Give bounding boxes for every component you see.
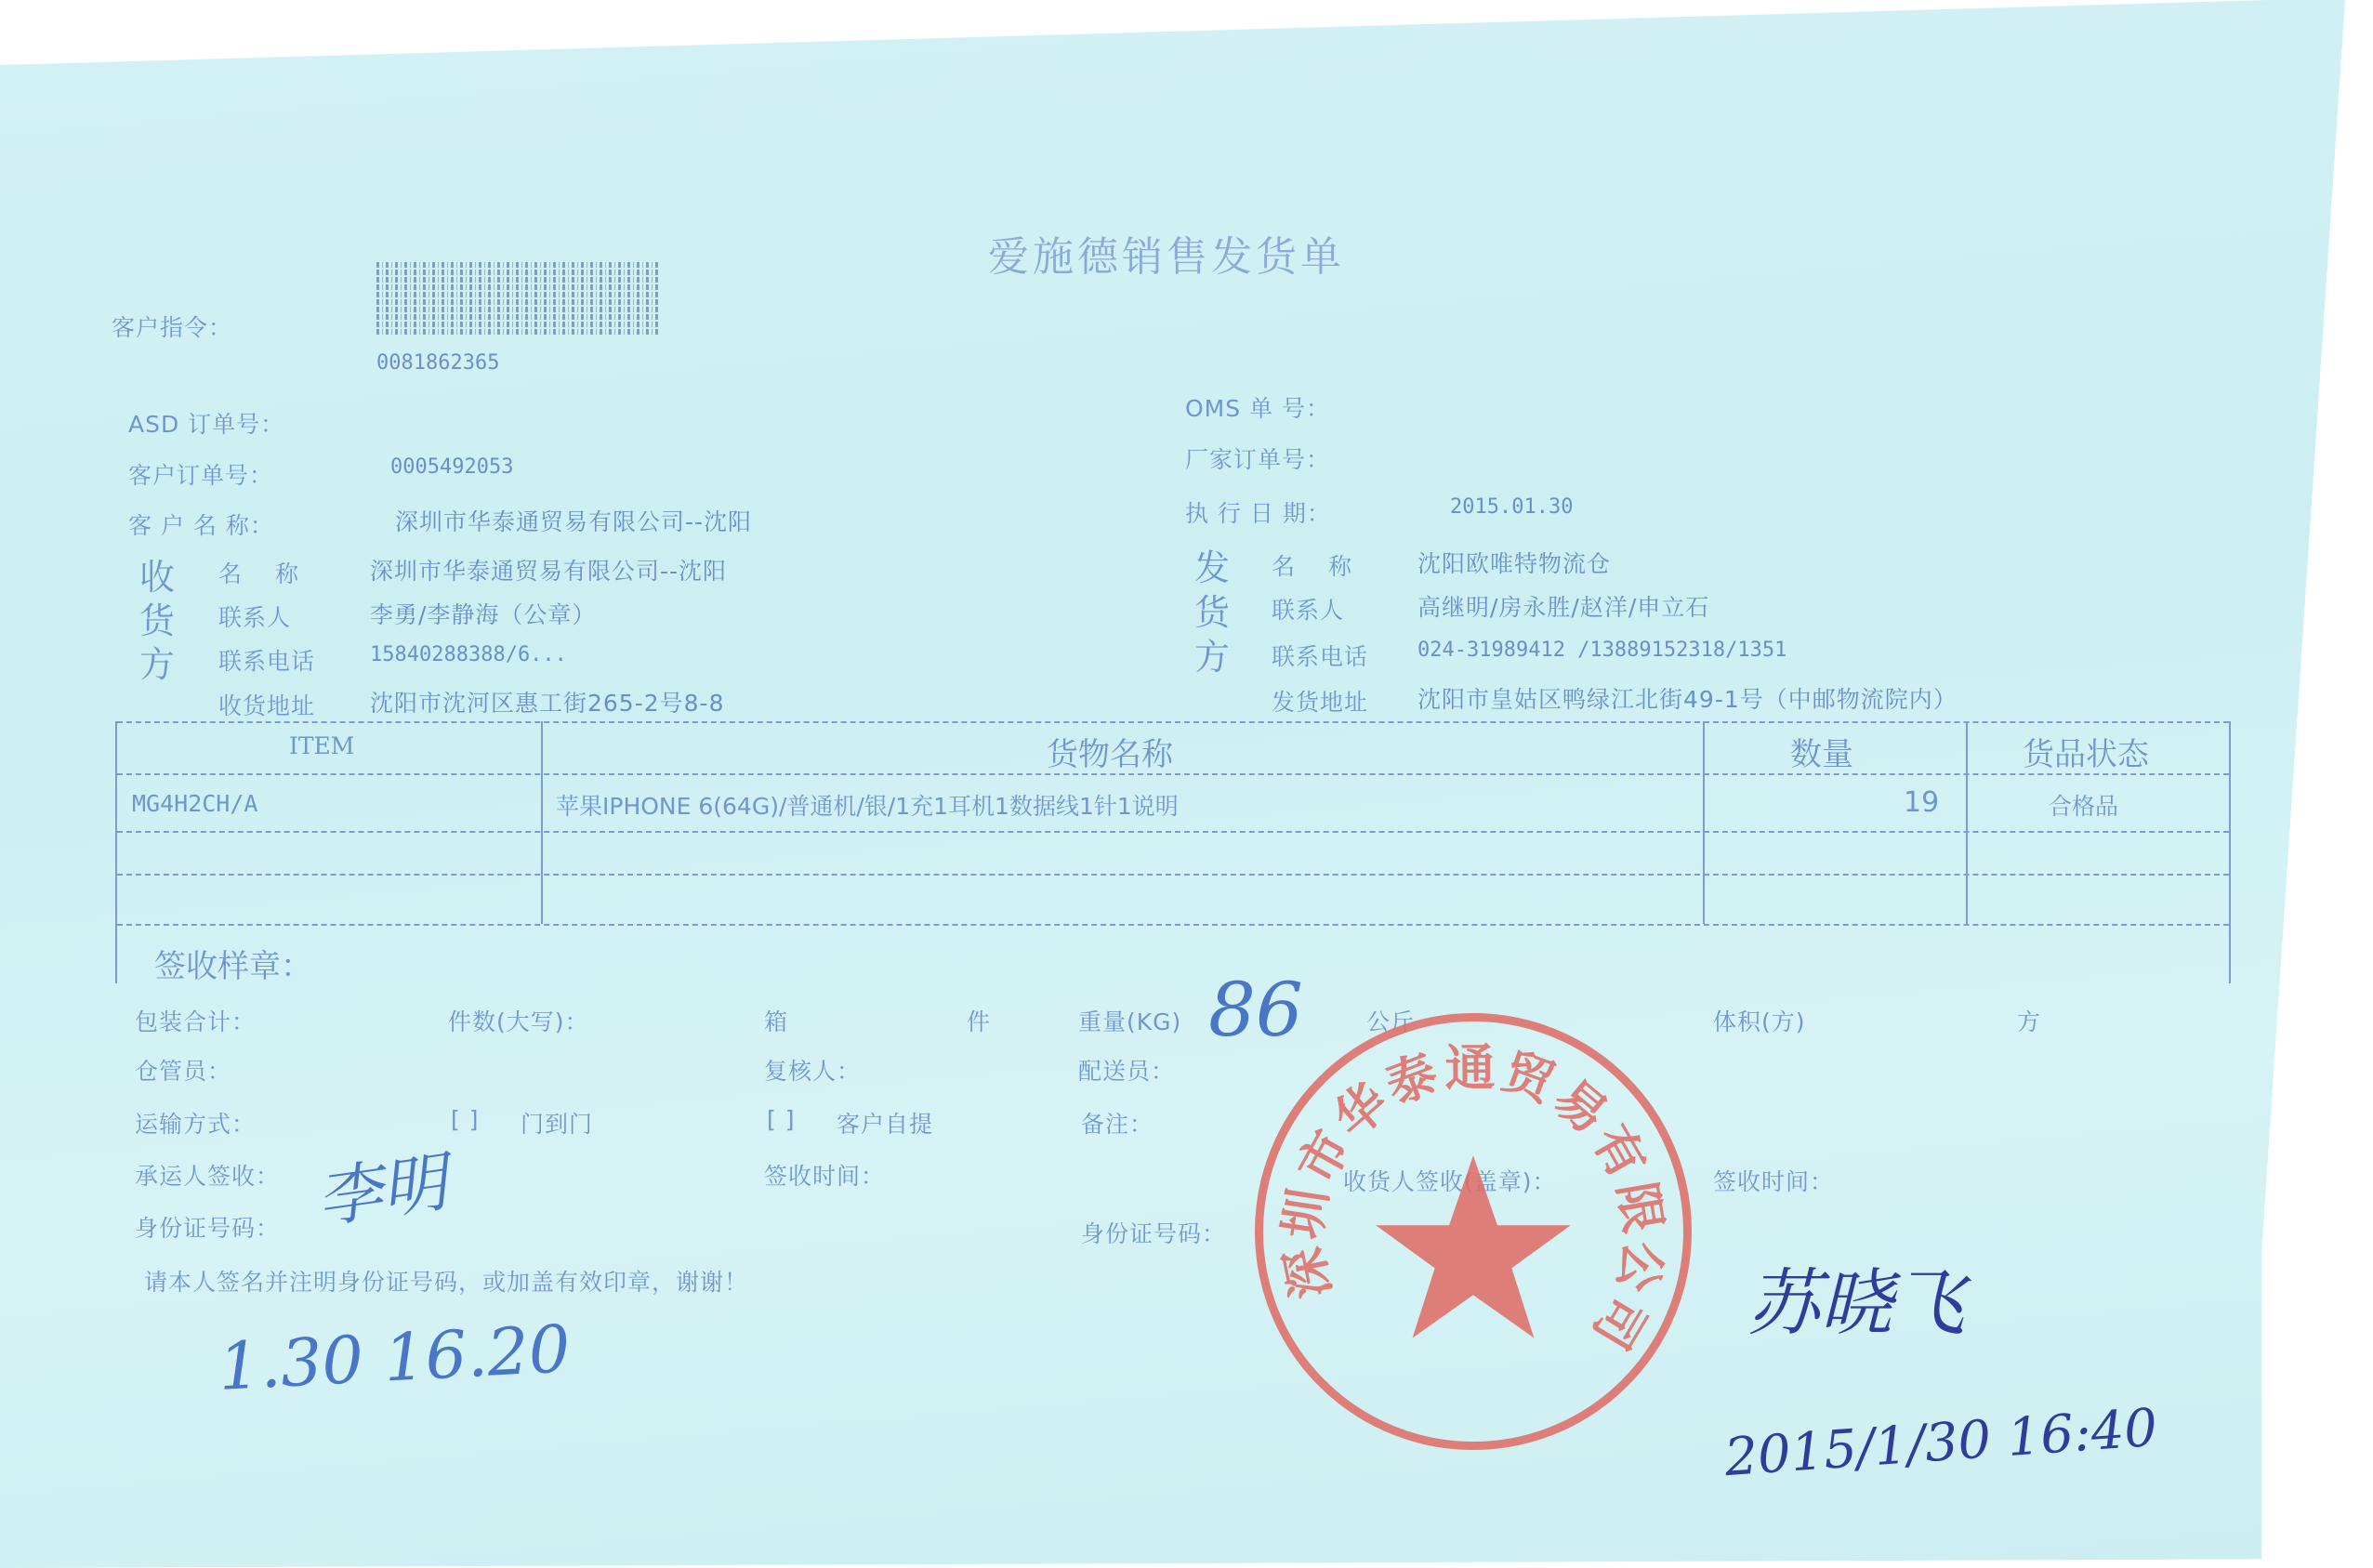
receiver-address-value: 沈阳市沈河区惠工街265-2号8-8 [370,685,724,718]
customer-order-label: 客户订单号： [128,457,273,491]
row-goods-name: 苹果IPHONE 6(64G)/普通机/银/1充1耳机1数据线1针1说明 [556,788,1179,822]
document-title: 爱施德销售发货单 [988,223,1345,283]
table-divider [541,721,543,924]
sign-time-label-left: 签收时间： [764,1158,885,1192]
customer-name-value: 深圳市华泰通贸易有限公司--沈阳 [395,504,752,537]
header-goods-name: 货物名称 [1047,729,1173,774]
sign-time-label-right: 签收时间： [1713,1164,1834,1197]
barcode-image [376,262,660,335]
door-to-door-label: 门到门 [521,1106,593,1140]
table-rule [117,924,2229,926]
row-quantity: 19 [1904,786,1939,819]
receiver-name-value: 深圳市华泰通贸易有限公司--沈阳 [370,553,727,586]
receiver-phone-value: 15840288388/6... [370,643,567,666]
sender-contact-label: 联系人 [1272,592,1344,626]
table-divider [1703,721,1705,924]
reviewer-label: 复核人： [764,1053,861,1087]
table-rule [117,773,2229,775]
warehouse-keeper-label: 仓管员： [135,1053,231,1087]
header-quantity: 数量 [1790,729,1853,774]
transport-label: 运输方式： [135,1106,256,1140]
company-seal-stamp: 深圳市华泰通贸易有限公司 [1255,1013,1692,1450]
factory-order-label: 厂家订单号： [1185,441,1330,475]
volume-label: 体积(方) [1713,1004,1806,1037]
table-rule [117,831,2229,833]
asd-order-label: ASD 订单号： [128,406,284,440]
id-number-label-left: 身份证号码： [135,1210,280,1244]
sender-address-value: 沈阳市皇姑区鸭绿江北街49-1号（中邮物流院内） [1417,681,1958,715]
sender-side-char-1: 发 [1194,539,1231,590]
exec-date-label: 执 行 日 期： [1185,495,1331,529]
table-rule [117,721,2229,723]
remark-label: 备注： [1081,1106,1154,1140]
sender-phone-value: 024-31989412 /13889152318/1351 [1417,639,1786,662]
header-goods-status: 货品状态 [2023,729,2149,774]
pieces-label: 件数(大写)： [448,1004,589,1037]
sender-phone-label: 联系电话 [1272,639,1368,672]
customer-order-value: 0005492053 [390,455,513,479]
receiver-name-label: 名 称 [218,556,311,589]
header-item: ITEM [289,732,354,759]
sender-name-label: 名 称 [1272,548,1364,582]
sign-sample-label: 签收样章： [154,941,312,986]
customer-name-label: 客 户 名 称： [128,507,274,541]
weight-label: 重量(KG) [1078,1004,1181,1037]
handwritten-weight: 86 [1208,967,1303,1053]
door-to-door-checkbox[interactable]: [ ] [451,1106,479,1133]
sender-side-char-3: 方 [1194,628,1231,679]
table-divider [1966,721,1968,924]
piece-unit: 件 [967,1004,991,1037]
sender-address-label: 发货地址 [1272,684,1368,718]
id-number-label-right: 身份证号码： [1081,1216,1226,1249]
exec-date-value: 2015.01.30 [1450,495,1573,519]
receiver-side-char-3: 方 [139,636,176,687]
row-item-code: MG4H2CH/A [132,790,257,817]
carrier-sign-label: 承运人签收： [135,1158,280,1192]
self-pickup-label: 客户自提 [837,1106,933,1140]
items-table: ITEM 货物名称 数量 货品状态 MG4H2CH/A 苹果IPHONE 6(6… [115,721,2231,983]
receiver-signature: 苏晓飞 [1747,1245,1965,1350]
box-unit: 箱 [764,1004,788,1037]
receiver-phone-label: 联系电话 [218,643,315,677]
package-total-label: 包装合计： [135,1004,256,1037]
table-rule [117,874,2229,876]
volume-unit: 方 [2017,1004,2041,1037]
customer-instruction-number: 0081862365 [376,351,499,375]
seal-star-icon: 深圳市华泰通贸易有限公司 [1263,1021,1683,1442]
oms-label: OMS 单 号： [1185,390,1330,424]
sender-name-value: 沈阳欧唯特物流仓 [1417,546,1611,579]
sender-contact-value: 高继明/房永胜/赵洋/申立石 [1417,589,1709,623]
receiver-contact-value: 李勇/李静海（公章） [370,597,596,630]
receiver-contact-label: 联系人 [218,600,291,633]
self-pickup-checkbox[interactable]: [ ] [767,1106,795,1133]
row-goods-status: 合格品 [2049,788,2118,822]
carrier-signature: 李明 [310,1130,453,1242]
receiver-address-label: 收货地址 [218,688,315,721]
customer-instruction-label: 客户指令： [112,310,232,343]
delivery-person-label: 配送员： [1078,1053,1175,1087]
sender-side-char-2: 货 [1194,584,1231,635]
signing-notice: 请本人签名并注明身份证号码，或加盖有效印章，谢谢！ [144,1264,748,1298]
